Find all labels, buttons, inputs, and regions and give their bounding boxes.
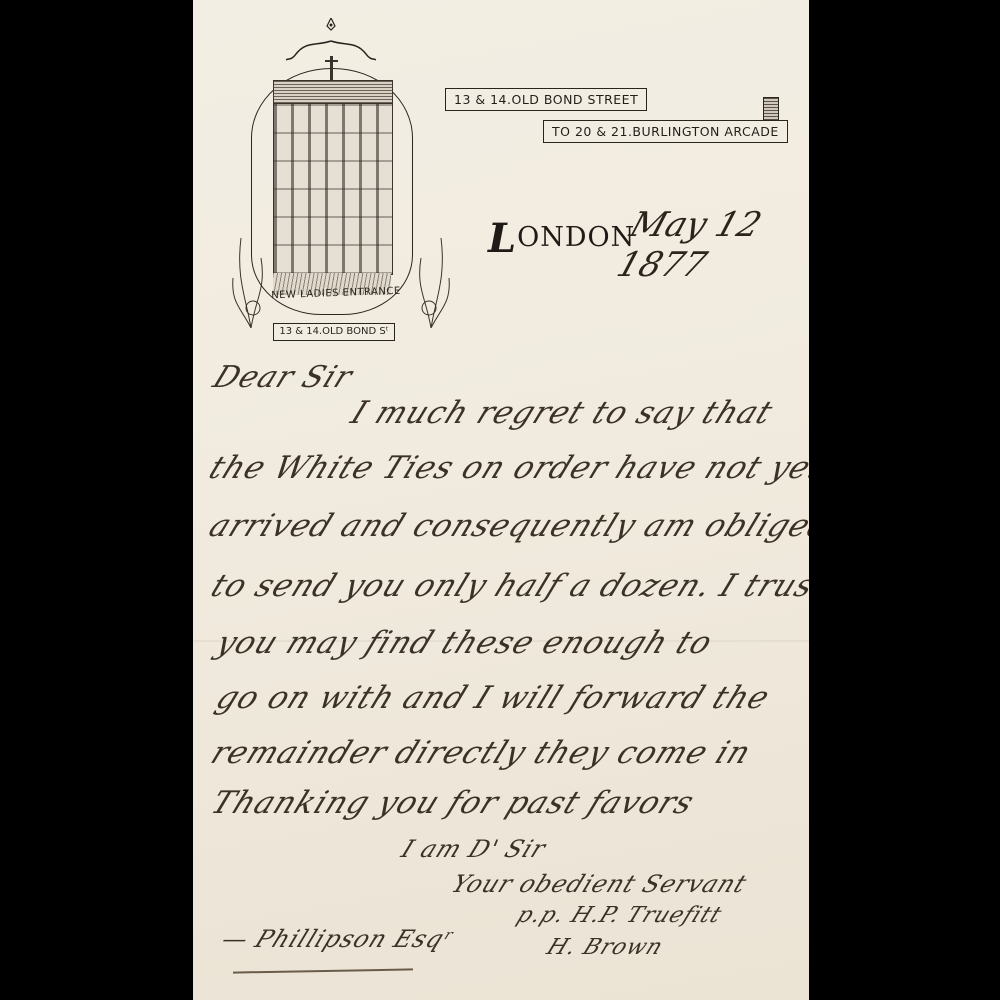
letter-sheet: NEW LADIES ENTRANCE 13 & 14.OLD BOND Sᵗ … (193, 0, 809, 1000)
vignette-address: 13 & 14.OLD BOND Sᵗ (273, 323, 395, 341)
closing-line: Your obedient Servant (447, 870, 751, 898)
building-facade (273, 103, 393, 275)
handwritten-date: May 12 1877 (612, 205, 809, 285)
address-banner-2: TO 20 & 21.BURLINGTON ARCADE (543, 120, 788, 143)
spire-cross (325, 60, 338, 62)
body-line: arrived and consequently am obliged (204, 508, 809, 544)
floral-ornament-icon (231, 238, 271, 328)
banner-scroll-end (763, 97, 779, 121)
addressee: — Phillipson Esqʳ (217, 925, 458, 953)
addressee-underline (233, 968, 413, 973)
salutation: Dear Sir (208, 360, 358, 395)
body-line: to send you only half a dozen. I trust (206, 568, 809, 604)
place-rest: ONDON (517, 222, 635, 253)
closing-line: p.p. H.P. Truefitt (513, 903, 726, 928)
signature: H. Brown (543, 935, 667, 960)
body-line: remainder directly they come in (206, 735, 757, 771)
building-vignette: NEW LADIES ENTRANCE 13 & 14.OLD BOND Sᵗ (231, 18, 451, 353)
body-line: you may find these enough to (211, 625, 718, 661)
body-line: go on with and I will forward the (211, 680, 776, 716)
floral-ornament-icon (411, 238, 451, 328)
crest-ornament-icon (321, 18, 341, 38)
place-initial: L (488, 215, 517, 262)
body-line: the White Ties on order have not yet (204, 450, 809, 486)
place-heading: LONDON (488, 215, 635, 262)
body-line: Thanking you for past favors (206, 785, 700, 821)
address-banner-1: 13 & 14.OLD BOND STREET (445, 88, 647, 111)
body-line: I much regret to say that (346, 395, 779, 431)
closing-line: I am D' Sir (397, 835, 550, 863)
